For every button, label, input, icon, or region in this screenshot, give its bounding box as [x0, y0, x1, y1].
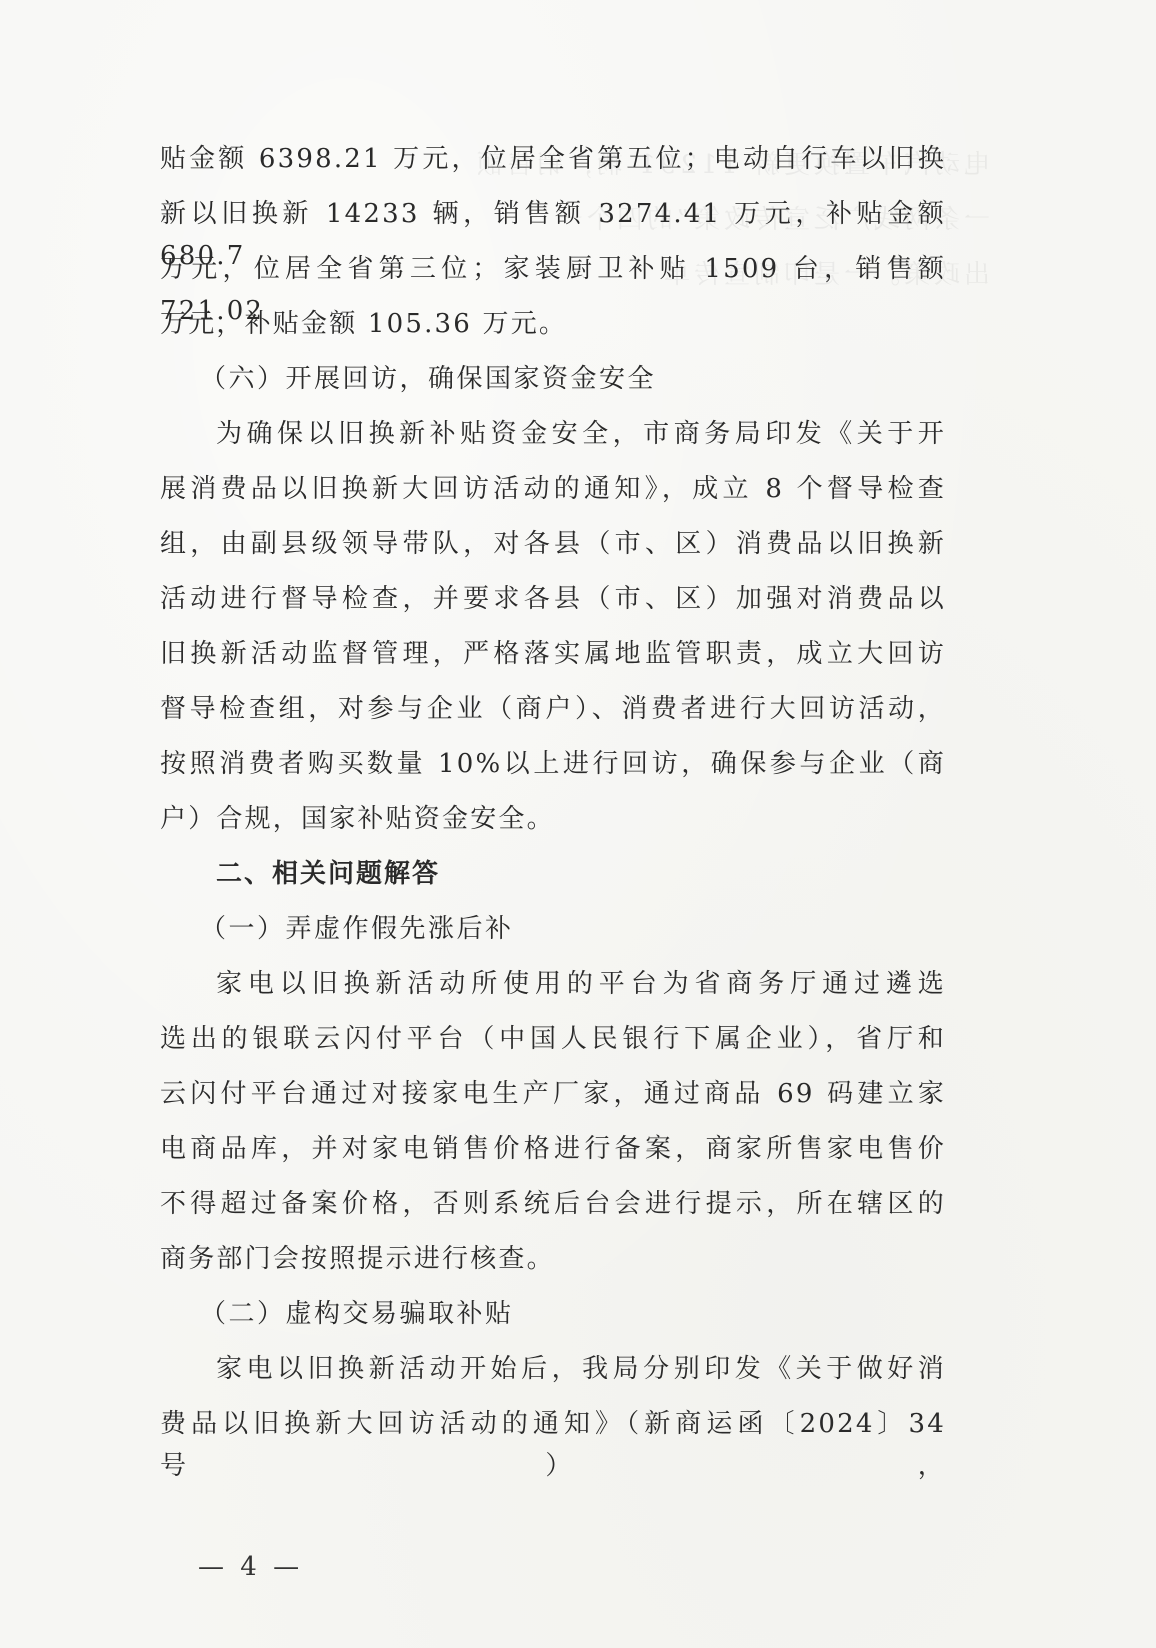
document-body: 贴金额 6398.21 万元，位居全省第五位；电动自行车以旧换 新以旧换新 14…: [160, 138, 946, 1458]
paragraph-line: 万元，位居全省第三位；家装厨卫补贴 1509 台，销售额 721.02: [160, 248, 946, 303]
paragraph-line: 商务部门会按照提示进行核查。: [160, 1238, 946, 1293]
section-six-heading: （六）开展回访，确保国家资金安全: [160, 358, 946, 413]
paragraph-line: 云闪付平台通过对接家电生产厂家，通过商品 69 码建立家: [160, 1073, 946, 1128]
question-one-heading: （一）弄虚作假先涨后补: [160, 908, 946, 963]
paragraph-line: 家电以旧换新活动所使用的平台为省商务厅通过遴选: [160, 963, 946, 1018]
paragraph-line: 组，由副县级领导带队，对各县（市、区）消费品以旧换新: [160, 523, 946, 578]
paragraph-line: 家电以旧换新活动开始后，我局分别印发《关于做好消: [160, 1348, 946, 1403]
paragraph-line: 督导检查组，对参与企业（商户）、消费者进行大回访活动，: [160, 688, 946, 743]
paragraph-line: 电商品库，并对家电销售价格进行备案，商家所售家电售价: [160, 1128, 946, 1183]
part-two-heading: 二、相关问题解答: [160, 853, 946, 908]
paragraph-line: 为确保以旧换新补贴资金安全，市商务局印发《关于开: [160, 413, 946, 468]
paragraph-line: 不得超过备案价格，否则系统后台会进行提示，所在辖区的: [160, 1183, 946, 1238]
paragraph-line: 按照消费者购买数量 10%以上进行回访，确保参与企业（商: [160, 743, 946, 798]
paragraph-line: 展消费品以旧换新大回访活动的通知》，成立 8 个督导检查: [160, 468, 946, 523]
paragraph-line: 新以旧换新 14233 辆，销售额 3274.41 万元，补贴金额 680.7: [160, 193, 946, 248]
paragraph-line: 活动进行督导检查，并要求各县（市、区）加强对消费品以: [160, 578, 946, 633]
document-page: 电动汽车置换更新 11291 辆，销售额 一条网线广泛宣传政策”的四个一 出政策…: [0, 0, 1156, 1648]
question-two-heading: （二）虚构交易骗取补贴: [160, 1293, 946, 1348]
paragraph-line: 户）合规，国家补贴资金安全。: [160, 798, 946, 853]
paragraph-line: 贴金额 6398.21 万元，位居全省第五位；电动自行车以旧换: [160, 138, 946, 193]
paragraph-line: 旧换新活动监督管理，严格落实属地监管职责，成立大回访: [160, 633, 946, 688]
paragraph-line: 万元，补贴金额 105.36 万元。: [160, 303, 946, 358]
paragraph-line: 费品以旧换新大回访活动的通知》（新商运函〔2024〕34 号），: [160, 1403, 946, 1458]
page-number: — 4 —: [198, 1552, 303, 1582]
paragraph-line: 选出的银联云闪付平台（中国人民银行下属企业），省厅和: [160, 1018, 946, 1073]
